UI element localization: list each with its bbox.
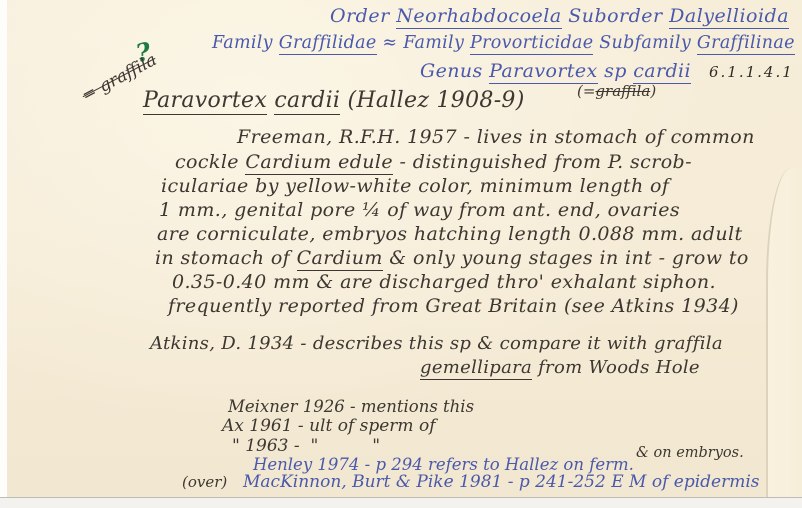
species-name: cardii	[633, 60, 691, 84]
title-authority: (Hallez 1908-9)	[340, 88, 524, 113]
taxonomy-family-line: Family Graffilidae ≈ Family Provorticida…	[212, 33, 795, 54]
order-name: Neorhabdocoela	[396, 5, 561, 29]
scanned-index-card-page: Order Neorhabdocoela Suborder Dalyellioi…	[0, 0, 802, 508]
scan-left-margin	[0, 0, 7, 508]
line6-text-cont: & only young stages in int - grow to	[383, 247, 749, 269]
freeman-note-line-4: 1 mm., genital pore ¼ of way from ant. e…	[159, 199, 680, 222]
freeman-note-line-1: Freeman, R.F.H. 1957 - lives in stomach …	[237, 126, 755, 149]
ref-ax-1963-ditto: " 1963 - " "	[232, 436, 380, 456]
suborder-name: Dalyellioida	[669, 5, 789, 29]
freeman-note-line-2: cockle Cardium edule - distinguished fro…	[175, 151, 692, 174]
atkins-note-line-2: gemellipara from Woods Hole	[420, 357, 700, 379]
freeman-note-line-7: 0.35-0.40 mm & are discharged thro' exha…	[172, 271, 716, 294]
freeman-note-line-8: frequently reported from Great Britain (…	[168, 295, 739, 318]
freeman-note-line-3: iculariae by yellow-white color, minimum…	[161, 175, 669, 198]
subfamily-name: Graffilinae	[697, 33, 795, 55]
gemellipara-name: gemellipara	[420, 357, 532, 380]
family-label: Family	[212, 33, 279, 53]
freeman-note-line-5: are corniculate, embryos hatching length…	[157, 223, 743, 246]
atkins-note-line-1: Atkins, D. 1934 - describes this sp & co…	[150, 333, 723, 355]
title-genus: Paravortex	[143, 88, 267, 115]
species-label: sp	[598, 60, 634, 82]
family-name: Graffilidae	[279, 33, 377, 55]
approx-symbol: ≈	[377, 33, 404, 53]
scan-bottom-margin	[0, 497, 802, 508]
line2-text-cont: - distinguished from P. scrob-	[393, 151, 692, 173]
ref-mackinnon: MacKinnon, Burt & Pike 1981 - p 241-252 …	[243, 472, 760, 492]
order-label: Order	[330, 5, 396, 27]
embryos-insertion-note: & on embryos.	[636, 445, 744, 462]
ref-meixner: Meixner 1926 - mentions this	[228, 397, 474, 417]
family2-name: Provorticidae	[470, 33, 593, 55]
card-title: Paravortex cardii (Hallez 1908-9)	[143, 88, 525, 114]
title-species: cardii	[274, 88, 340, 115]
subfamily-label: Subfamily	[593, 33, 696, 53]
line2-text: cockle	[175, 151, 245, 173]
genus-synonym-note: (=graffila)	[577, 82, 656, 100]
taxonomy-order-line: Order Neorhabdocoela Suborder Dalyellioi…	[330, 5, 789, 28]
over-note: (over)	[182, 473, 227, 491]
synonym-word: graffila	[595, 82, 650, 100]
cardium-name: Cardium	[297, 247, 383, 271]
cardium-edule-name: Cardium edule	[245, 151, 393, 175]
suborder-label: Suborder	[562, 5, 670, 27]
genus-name: Paravortex	[489, 60, 598, 84]
taxonomy-genus-line: Genus Paravortex sp cardii	[420, 60, 691, 83]
card-right-edge	[766, 168, 802, 508]
catalog-number: 6.1.1.4.1	[709, 63, 794, 81]
atkins-line2-text: from Woods Hole	[532, 357, 700, 378]
family2-label: Family	[403, 33, 470, 53]
ref-ax-1961: Ax 1961 - ult of sperm of	[222, 416, 435, 436]
synonym-open: (=	[577, 82, 595, 100]
genus-label: Genus	[420, 60, 489, 82]
line6-text: in stomach of	[155, 247, 297, 269]
synonym-close: )	[650, 82, 656, 100]
freeman-note-line-6: in stomach of Cardium & only young stage…	[155, 247, 749, 270]
